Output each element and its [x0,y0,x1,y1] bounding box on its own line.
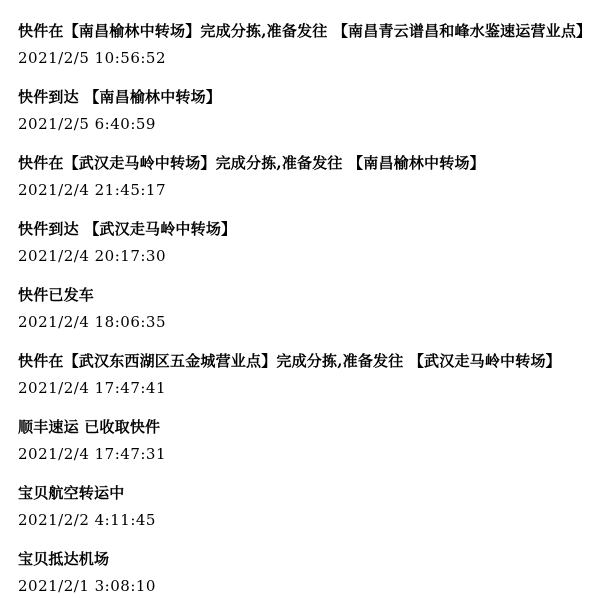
tracking-event: 快件到达 【武汉走马岭中转场】 2021/2/4 20:17:30 [18,215,607,269]
event-message: 快件在【武汉走马岭中转场】完成分拣,准备发往 【南昌榆林中转场】 [18,149,607,177]
tracking-event: 快件在【武汉东西湖区五金城营业点】完成分拣,准备发往 【武汉走马岭中转场】 20… [18,347,607,401]
event-message: 快件在【武汉东西湖区五金城营业点】完成分拣,准备发往 【武汉走马岭中转场】 [18,347,607,375]
tracking-event: 快件已发车 2021/2/4 18:06:35 [18,281,607,335]
tracking-event: 宝贝抵达机场 2021/2/1 3:08:10 [18,545,607,598]
event-timestamp: 2021/2/5 10:56:52 [18,45,607,71]
tracking-event: 顺丰速运 已收取快件 2021/2/4 17:47:31 [18,413,607,467]
tracking-event: 宝贝航空转运中 2021/2/2 4:11:45 [18,479,607,533]
tracking-event-list: 快件在【南昌榆林中转场】完成分拣,准备发往 【南昌青云谱昌和峰水鉴速运营业点】 … [0,0,607,598]
tracking-event: 快件在【南昌榆林中转场】完成分拣,准备发往 【南昌青云谱昌和峰水鉴速运营业点】 … [18,17,607,71]
event-timestamp: 2021/2/4 17:47:41 [18,375,607,401]
event-timestamp: 2021/2/1 3:08:10 [18,573,607,598]
tracking-event: 快件到达 【南昌榆林中转场】 2021/2/5 6:40:59 [18,83,607,137]
event-message: 快件已发车 [18,281,607,309]
event-timestamp: 2021/2/2 4:11:45 [18,507,607,533]
event-message: 快件到达 【武汉走马岭中转场】 [18,215,607,243]
event-timestamp: 2021/2/5 6:40:59 [18,111,607,137]
event-message: 顺丰速运 已收取快件 [18,413,607,441]
event-message: 快件在【南昌榆林中转场】完成分拣,准备发往 【南昌青云谱昌和峰水鉴速运营业点】 [18,17,607,45]
event-message: 快件到达 【南昌榆林中转场】 [18,83,607,111]
event-timestamp: 2021/2/4 21:45:17 [18,177,607,203]
event-timestamp: 2021/2/4 18:06:35 [18,309,607,335]
tracking-event: 快件在【武汉走马岭中转场】完成分拣,准备发往 【南昌榆林中转场】 2021/2/… [18,149,607,203]
event-message: 宝贝抵达机场 [18,545,607,573]
event-message: 宝贝航空转运中 [18,479,607,507]
event-timestamp: 2021/2/4 17:47:31 [18,441,607,467]
event-timestamp: 2021/2/4 20:17:30 [18,243,607,269]
